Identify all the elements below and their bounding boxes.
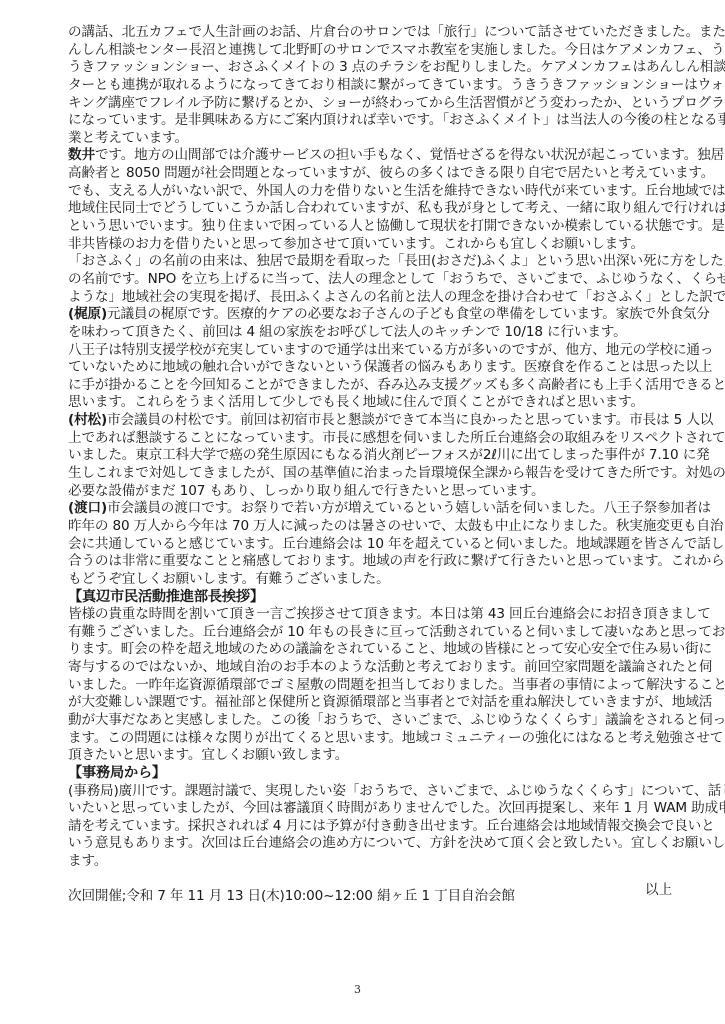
text-line: キング講座でフレイル予防に繋げるとか、ショーが終わってから生活習慣がどう変わった… [68,95,666,113]
intro-paragraph: の講話、北五カフェで人生計画のお話、片倉台のサロンでは「旅行」について話させてい… [68,24,666,147]
text-line: ります。町会の枠を超え地域のための議論をされていること、地域の皆様にとって安心安… [68,641,666,659]
text-line: 地域住民同士でどうしていこうか話し合われていますが、私も我が身として考え、一緒に… [68,200,666,218]
speaker-toguchi-paragraph: (渡口)市会議員の渡口です。お祭りで若い方が増えているという嬉しい話を伺いました… [68,500,666,588]
speaker-name: (渡口) [68,500,107,516]
text-line: ていないために地域の触れ合いができないという保護者の悩みもあります。医療食を作る… [68,359,666,377]
section-heading: 【真辺市民活動推進部長挨拶】 [68,589,666,607]
text-line: ます。 [68,853,666,871]
text-line: 業と考えています。 [68,130,666,148]
text-line: ターとも連携が取れるようになってきており相談に繋がってきています。うきうきファッ… [68,77,666,95]
text-line: ような」地域社会の実現を掲げ、長田ふくよさんの名前と法人の理念を掛け合わせて「お… [68,289,666,307]
text-line: という思いでいます。独り住まいで困っている人と協働して現状を打開できないか模索し… [68,218,666,236]
text-line: 生しこれまで対処してきましたが、国の基準値に治まった旨環境保全課から報告を受けて… [68,465,666,483]
section-heading: 【事務局から】 [68,765,666,783]
text-line: 「おさふく」の名前の由来は、独居で最期を看取った「長田(おさだ)ふくよ」という思… [68,253,666,271]
speech-text: です。地方の山間部では介護サービスの担い手もなく、覚悟せざるを得ない状況が起こっ… [95,147,724,163]
text-line: 必要な設備がまだ 107 もあり、しっかり取り組んで行きたいと思っています。 [68,483,666,501]
text-line: 皆様の貴重な時間を割いて頂き一言ご挨拶させて頂きます。本日は第 43 回丘台連絡… [68,606,666,624]
text-line: (事務局)廣川です。課題討議で、実現したい姿「おうちで、さいごまで、ふじゆうなく… [68,783,666,801]
next-meeting-info: 次回開催;令和 7 年 11 月 13 日(木)10:00~12:00 絹ヶ丘 … [68,888,666,906]
blank-line [68,871,666,889]
text-line: 上であれば懇談することになっています。市長に感想を伺いました所丘台連絡会の取組み… [68,430,666,448]
text-line: 請を考えています。採択されれば 4 月には予算が付き動き出せます。丘台連絡会は地… [68,818,666,836]
text-line: 頂きたいと思います。宜しくお願い致します。 [68,747,666,765]
text-line: でも、支える人がいない訳で、外国人の力を借りないと生活を維持できない時代が来てい… [68,183,666,201]
text-line: を味わって頂きたく、前回は 4 組の家族をお呼びして法人のキッチンで 10/18… [68,324,666,342]
text-line: 思います。これらをうまく活用して少しでも長く地域に住んで頂くことができればと思い… [68,394,666,412]
speaker-name: (梶原) [68,306,107,322]
text-line: もどうぞ宜しくお願いします。有難うございました。 [68,571,666,589]
secretariat-section: 【事務局から】 (事務局)廣川です。課題討議で、実現したい姿「おうちで、さいごま… [68,765,666,871]
speaker-name: (村松) [68,412,107,428]
text-line: 寄与するのではないか、地域自治のお手本のような活動と考えております。前回空家問題… [68,659,666,677]
text-line: ます。この問題には様々な関りが出てくると思います。地域コミュニティーの強化にはな… [68,730,666,748]
text-line: 高齢者と 8050 問題が社会問題となっていますが、彼らの多くはできる限り自宅で… [68,165,666,183]
text-line: 動が大事だなあと実感しました。この後「おうちで、さいごまで、ふじゆうなくくらす」… [68,712,666,730]
text-line: の講話、北五カフェで人生計画のお話、片倉台のサロンでは「旅行」について話させてい… [68,24,666,42]
text-line: 会に共通していると感じています。丘台連絡会は 10 年を超えていると伺いました。… [68,536,666,554]
text-line: が大変難しい課題です。福祉部と保健所と資源循環部と当事者とで対話を重ね解決してい… [68,694,666,712]
text-line: になっています。是非興味ある方にご案内頂ければ幸いです。「おさふくメイト」は当法… [68,112,666,130]
text-line: いました。東京工科大学で癌の発生原因にもなる消火剤ピーフォスが2ℓ川に出てしまっ… [68,447,666,465]
speech-text: 元議員の梶原です。医療的ケアの必要なお子さんの子ども食堂の準備をしています。家族… [107,306,710,322]
text-line: いたいと思っていましたが、今回は審議頂く時間がありませんでした。次回再提案し、来… [68,800,666,818]
page-number: 3 [354,983,361,996]
speaker-kazui-paragraph: 数井です。地方の山間部では介護サービスの担い手もなく、覚悟せざるを得ない状況が起… [68,147,666,306]
closing-mark: 以上 [645,878,672,898]
text-line: いました。一昨年迄資源循環部でゴミ屋敷の問題を担当しておりました。当事者の事情に… [68,677,666,695]
text-line: に手が掛かることを今回知ることができましたが、呑み込み支援グッズも多く高齢者にも… [68,377,666,395]
text-line: (渡口)市会議員の渡口です。お祭りで若い方が増えているという嬉しい話を伺いました… [68,500,666,518]
text-line: うきファッションショー、おさふくメイトの 3 点のチラシをお配りしました。ケアメ… [68,59,666,77]
text-line: いう意見もあります。次回は丘台連絡会の進め方について、方針を決めて頂く会と致した… [68,835,666,853]
speaker-name: 数井 [68,147,95,163]
document-page: の講話、北五カフェで人生計画のお話、片倉台のサロンでは「旅行」について話させてい… [68,24,666,906]
speaker-muramatsu-paragraph: (村松)市会議員の村松です。前回は初宿市長と懇談ができて本当に良かったと思ってい… [68,412,666,500]
speaker-kajiwara-paragraph: (梶原)元議員の梶原です。医療的ケアの必要なお子さんの子ども食堂の準備をしていま… [68,306,666,412]
text-line: んしん相談センター長沼と連携して北野町のサロンでスマホ教室を実施しました。今日は… [68,42,666,60]
manabe-greeting-section: 【真辺市民活動推進部長挨拶】 皆様の貴重な時間を割いて頂き一言ご挨拶させて頂きま… [68,589,666,765]
text-line: 有難うございました。丘台連絡会が 10 年もの長きに亘って活動されていると伺いま… [68,624,666,642]
text-line: 数井です。地方の山間部では介護サービスの担い手もなく、覚悟せざるを得ない状況が起… [68,147,666,165]
speech-text: 市会議員の村松です。前回は初宿市長と懇談ができて本当に良かったと思っています。市… [107,412,713,428]
text-line: (梶原)元議員の梶原です。医療的ケアの必要なお子さんの子ども食堂の準備をしていま… [68,306,666,324]
text-line: 非共皆様のお力を借りたいと思って参加させて頂いています。これからも宜しくお願いし… [68,236,666,254]
text-line: の名前です。NPO を立ち上げるに当って、法人の理念として「おうちで、さいごまで… [68,271,666,289]
text-line: 昨年の 80 万人から今年は 70 万人に減ったのは暑さのせいで、太鼓も中止にな… [68,518,666,536]
text-line: (村松)市会議員の村松です。前回は初宿市長と懇談ができて本当に良かったと思ってい… [68,412,666,430]
text-line: 合うのは非常に重要なことと痛感しております。地域の声を行政に繋げて行きたいと思っ… [68,553,666,571]
speech-text: 市会議員の渡口です。お祭りで若い方が増えているという嬉しい話を伺いました。八王子… [107,500,711,516]
text-line: 八王子は特別支援学校が充実していますので通学は出来ている方が多いのですが、他方、… [68,342,666,360]
